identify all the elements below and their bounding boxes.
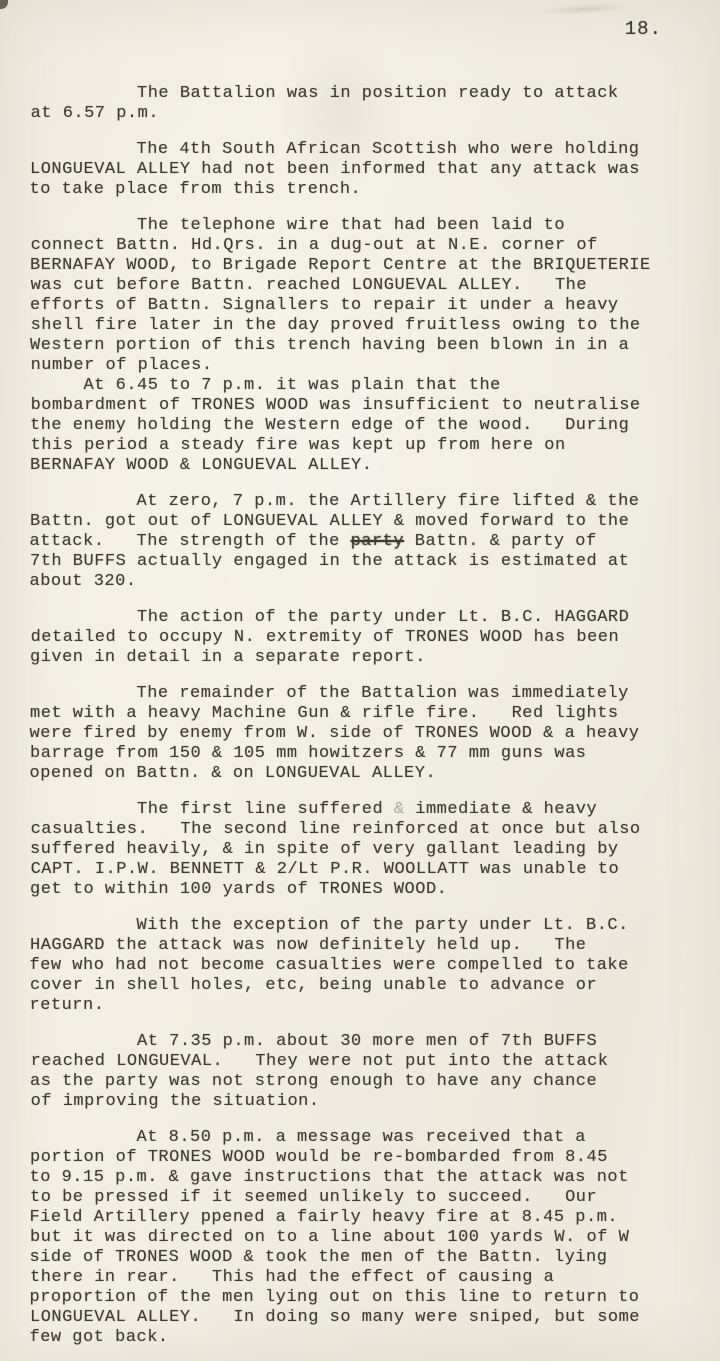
struck-out-text: party [351, 532, 405, 551]
text-line: suffered heavily, & in spite of very gal… [30, 840, 704, 860]
faint-ink-text: & [394, 800, 405, 819]
text-line: The remainder of the Battalion was immed… [30, 684, 704, 704]
text-line: to 9.15 p.m. & gave instructions that th… [30, 1168, 704, 1188]
text-line: LONGUEVAL ALLEY had not been informed th… [30, 160, 704, 180]
text-line: to be pressed if it seemed unlikely to s… [30, 1188, 704, 1208]
text-line: detailed to occupy N. extremity of TRONE… [31, 628, 705, 648]
text-line: connect Battn. Hd.Qrs. in a dug-out at N… [31, 236, 705, 256]
text-line: BERNAFAY WOOD & LONGUEVAL ALLEY. [30, 456, 704, 476]
text-line: cover in shell holes, etc, being unable … [30, 976, 704, 996]
text-line: Western portion of this trench having be… [30, 336, 704, 356]
text-line: barrage from 150 & 105 mm howitzers & 77… [30, 744, 704, 764]
paragraph: At 7.35 p.m. about 30 more men of 7th BU… [30, 1032, 704, 1112]
text-line: At zero, 7 p.m. the Artillery fire lifte… [30, 492, 704, 512]
paragraph: The telephone wire that had been laid to… [30, 216, 704, 476]
text-line: get to within 100 yards of TRONES WOOD. [30, 880, 704, 900]
text-line: this period a steady fire was kept up fr… [31, 436, 705, 456]
text-line: of improving the situation. [31, 1092, 705, 1112]
text-line: few who had not become casualties were c… [30, 956, 704, 976]
text-line: With the exception of the party under Lt… [30, 916, 704, 936]
text-line: 7th BUFFS actually engaged in the attack… [30, 552, 704, 572]
scan-corner-mark [0, 0, 8, 9]
text-line: Battn. got out of LONGUEVAL ALLEY & move… [30, 512, 704, 532]
text-line: were fired by enemy from W. side of TRON… [30, 724, 704, 744]
paragraph: The Battalion was in position ready to a… [30, 84, 704, 124]
text-line: CAPT. I.P.W. BENNETT & 2/Lt P.R. WOOLLAT… [31, 860, 705, 880]
text-line: reached LONGUEVAL. They were not put int… [31, 1052, 705, 1072]
text-line: to take place from this trench. [30, 180, 704, 200]
text-line: there in rear. This had the effect of ca… [30, 1268, 704, 1288]
paragraph: With the exception of the party under Lt… [30, 916, 704, 1016]
paragraph: The remainder of the Battalion was immed… [30, 684, 704, 784]
text-line: return. [30, 996, 704, 1016]
text-line: the enemy holding the Western edge of th… [30, 416, 704, 436]
text-line: number of places. [31, 356, 705, 376]
ink-smudge [540, 1, 630, 17]
text-line: attack. The strength of the party Battn.… [30, 532, 704, 552]
text-line: about 320. [30, 572, 704, 592]
text-line: given in detail in a separate report. [30, 648, 704, 668]
document-body: The Battalion was in position ready to a… [30, 84, 704, 1348]
text-line: few got back. [30, 1328, 704, 1348]
text-line: BERNAFAY WOOD, to Brigade Report Centre … [30, 256, 704, 276]
text-line: proportion of the men lying out on this … [30, 1288, 704, 1308]
text-line: The action of the party under Lt. B.C. H… [30, 608, 704, 628]
text-line: portion of TRONES WOOD would be re-bomba… [30, 1148, 704, 1168]
text-line: LONGUEVAL ALLEY. In doing so many were s… [30, 1308, 704, 1328]
text-line: shell fire later in the day proved fruit… [31, 316, 705, 336]
text-line: The Battalion was in position ready to a… [30, 84, 704, 104]
text-line: The 4th South African Scottish who were … [30, 140, 704, 160]
paragraph: The action of the party under Lt. B.C. H… [30, 608, 704, 668]
text-line: but it was directed on to a line about 1… [30, 1228, 704, 1248]
paragraph: At zero, 7 p.m. the Artillery fire lifte… [30, 492, 704, 592]
text-line: was cut before Battn. reached LONGUEVAL … [31, 276, 705, 296]
paragraph: The first line suffered & immediate & he… [30, 800, 704, 900]
text-line: met with a heavy Machine Gun & rifle fir… [30, 704, 704, 724]
page-number: 18. [625, 18, 662, 40]
text-line: At 8.50 p.m. a message was received that… [30, 1128, 704, 1148]
text-line: as the party was not strong enough to ha… [30, 1072, 704, 1092]
text-line: casualties. The second line reinforced a… [31, 820, 705, 840]
text-line: The telephone wire that had been laid to [30, 216, 704, 236]
text-line: Field Artillery ppened a fairly heavy fi… [30, 1208, 704, 1228]
paragraph: At 8.50 p.m. a message was received that… [30, 1128, 704, 1348]
text-line: bombardment of TRONES WOOD was insuffici… [31, 396, 705, 416]
text-line: HAGGARD the attack was now definitely he… [30, 936, 704, 956]
text-line: The first line suffered & immediate & he… [30, 800, 704, 820]
text-line: At 7.35 p.m. about 30 more men of 7th BU… [30, 1032, 704, 1052]
paragraph: The 4th South African Scottish who were … [30, 140, 704, 200]
text-line: efforts of Battn. Signallers to repair i… [30, 296, 704, 316]
diary-page: 18. The Battalion was in position ready … [0, 0, 720, 1361]
text-line: at 6.57 p.m. [31, 104, 705, 124]
text-line: opened on Battn. & on LONGUEVAL ALLEY. [30, 764, 704, 784]
text-line: side of TRONES WOOD & took the men of th… [30, 1248, 704, 1268]
text-line: At 6.45 to 7 p.m. it was plain that the [30, 376, 704, 396]
